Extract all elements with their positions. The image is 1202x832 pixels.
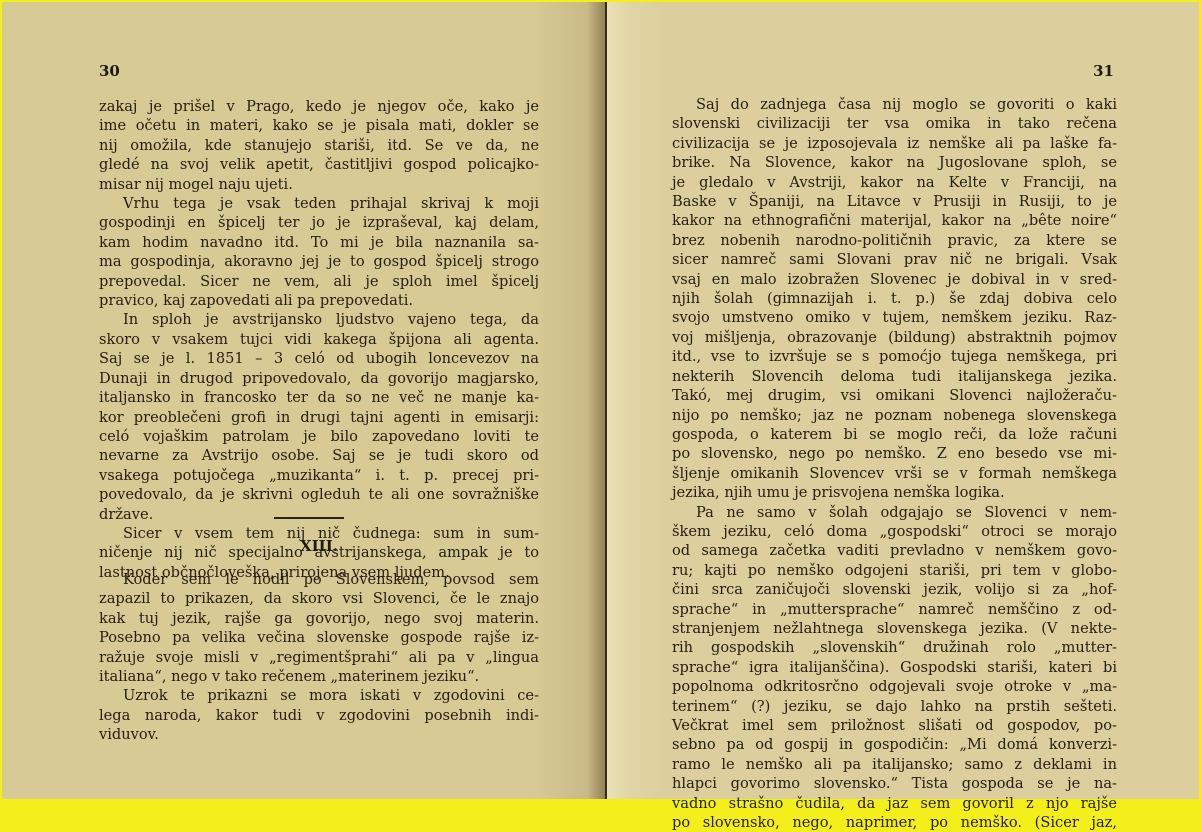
text-line: lega naroda, kakor tudi v zgodovini pose… [99, 706, 539, 725]
text-line: ražuje svoje misli v „regimentšprahi“ al… [99, 648, 539, 667]
text-line: Saj se je l. 1851 – 3 celó od ubogih lon… [99, 349, 539, 368]
text-line: italiana“, nego v tako rečenem „materine… [99, 667, 539, 686]
text-line: Večkrat imel sem priložnost slišati od g… [672, 716, 1117, 735]
book-gutter [605, 2, 607, 799]
text-line: kak tuj jezik, rajše ga govorijo, nego s… [99, 609, 539, 628]
text-line: hlapci govorimo slovensko.“ Tista gospod… [672, 774, 1117, 793]
text-line: nekterih Slovencih deloma tudi italijans… [672, 367, 1117, 386]
right-page: 31 Saj do zadnjega časa nij moglo se gov… [605, 2, 1199, 799]
text-line: ime očetu in materi, kako se je pisala m… [99, 116, 539, 135]
text-line: sicer namreč sami Slovani prav nič ne br… [672, 250, 1117, 269]
text-line: sprache“ in „muttersprache“ namreč nemšč… [672, 600, 1117, 619]
text-line: sprache“ igra italijanščina). Gospodski … [672, 658, 1117, 677]
body-text-bottom: Koder sem le hodil po Slovenskem, povsod… [99, 570, 539, 745]
text-line: Saj do zadnjega časa nij moglo se govori… [672, 95, 1117, 114]
text-line: gledé na svoj velik apetit, častitljivi … [99, 155, 539, 174]
text-line: kor preoblečeni grofi in drugi tajni age… [99, 408, 539, 427]
text-line: vsakega potujočega „muzikanta“ i. t. p. … [99, 466, 539, 485]
text-line: Posebno pa velika večina slovenske gospo… [99, 628, 539, 647]
text-line: voj mišljenja, obrazovanje (bildung) abs… [672, 328, 1117, 347]
body-text-top: zakaj je prišel v Prago, kedo je njegov … [99, 97, 539, 582]
text-line: ru; kajti po nemško odgojeni stariši, pr… [672, 561, 1117, 580]
text-line: Vrhu tega je vsak teden prihajal skrivaj… [99, 194, 539, 213]
text-line: povedovalo, da je skrivni ogleduh te ali… [99, 485, 539, 504]
text-line: Koder sem le hodil po Slovenskem, povsod… [99, 570, 539, 589]
text-line: prepovedal. Sicer ne vem, ali je sploh i… [99, 272, 539, 291]
text-line: njih šolah (gimnazijah i. t. p.) še zdaj… [672, 289, 1117, 308]
text-line: popolnoma odkritosrčno odgojevali svoje … [672, 677, 1117, 696]
text-line: civilizacija se je izposojevala iz nemšk… [672, 134, 1117, 153]
text-line: italjansko in francosko ter da so ne več… [99, 388, 539, 407]
text-line: viduvov. [99, 725, 539, 744]
left-page: 30 zakaj je prišel v Prago, kedo je njeg… [2, 2, 605, 799]
text-line: nevarne za Avstrijo osobe. Saj se je tud… [99, 446, 539, 465]
text-line: škem jeziku, celó doma „gospodski“ otroc… [672, 522, 1117, 541]
text-line: zapazil to prikazen, da skoro vsi Sloven… [99, 589, 539, 608]
text-line: misar nij mogel naju ujeti. [99, 175, 539, 194]
text-line: kakor na ethnografični materijal, kakor … [672, 211, 1117, 230]
text-line: Pa ne samo v šolah odgajajo se Slovenci … [672, 503, 1117, 522]
text-line: vadno strašno čudila, da jaz sem govoril… [672, 794, 1117, 802]
text-line: čini srca zaničujoči slovenski jezik, vo… [672, 580, 1117, 599]
text-line: brike. Na Slovence, kakor na Jugoslovane… [672, 153, 1117, 172]
text-line: od samega začetka vaditi prevladno v nem… [672, 541, 1117, 560]
body-text: Saj do zadnjega časa nij moglo se govori… [672, 95, 1117, 802]
text-line: stranjenjem nežlahtnega slovenskega jezi… [672, 619, 1117, 638]
text-line: celó vojaškim patrolam je bilo zapovedan… [99, 427, 539, 446]
text-line: gospodinji en špicelj ter jo je izprašev… [99, 213, 539, 232]
text-line: po slovensko, nego po nemško. Z eno bese… [672, 444, 1117, 463]
text-line: zakaj je prišel v Prago, kedo je njegov … [99, 97, 539, 116]
text-line: nij omožila, kde stanujejo stariši, itd.… [99, 136, 539, 155]
text-line: rih gospodskih „slovenskih“ družinah rol… [672, 638, 1117, 657]
text-line: šljenje omikanih Slovencev vrši se v for… [672, 464, 1117, 483]
text-line: jezika, njih umu je prisvojena nemška lo… [672, 483, 1117, 502]
text-line: države. [99, 505, 539, 524]
text-line: kam hodim navadno itd. To mi je bila naz… [99, 233, 539, 252]
text-line: pravico, kaj zapovedati ali pa prepoveda… [99, 291, 539, 310]
text-line: itd., vse to izvršuje se s pomoćjo tujeg… [672, 347, 1117, 366]
book-spread: 30 zakaj je prišel v Prago, kedo je njeg… [2, 2, 1199, 799]
page-number: 31 [1093, 62, 1114, 80]
text-line: Uzrok te prikazni se mora iskati v zgodo… [99, 686, 539, 705]
section-divider [274, 517, 344, 519]
text-line: terinem“ (?) jeziku, se dajo lahko na pr… [672, 697, 1117, 716]
page-number: 30 [99, 62, 120, 80]
text-line: Takó, mej drugim, vsi omikani Slovenci n… [672, 386, 1117, 405]
text-line: gospoda, o katerem bi se moglo reči, da … [672, 425, 1117, 444]
text-line: svojo umstveno omiko v tujem, nemškem je… [672, 308, 1117, 327]
text-line: skoro v vsakem tujci vidi kakega špijona… [99, 330, 539, 349]
chapter-heading: XIII. [99, 537, 539, 555]
text-line: vsaj en malo izobražen Slovenec je dobiv… [672, 270, 1117, 289]
text-line: Baske v Španiji, na Litavce v Prusiji in… [672, 192, 1117, 211]
text-line: Dunaji in drugod pripovedovalo, da govor… [99, 369, 539, 388]
text-line: je gledalo v Avstriji, kakor na Kelte v … [672, 173, 1117, 192]
text-line: ramo le nemško ali pa italijansko; samo … [672, 755, 1117, 774]
text-line: sebno pa od gospij in gospodičin: „Mi do… [672, 735, 1117, 754]
text-line: In sploh je avstrijansko ljudstvo vajeno… [99, 310, 539, 329]
text-line: nijo po nemško; jaz ne poznam nobenega s… [672, 406, 1117, 425]
text-line: slovenski civilizaciji ter vsa omika in … [672, 114, 1117, 133]
text-line: ma gospodinja, akoravno jej je to gospod… [99, 252, 539, 271]
text-line: brez nobenih narodno-političnih pravic, … [672, 231, 1117, 250]
